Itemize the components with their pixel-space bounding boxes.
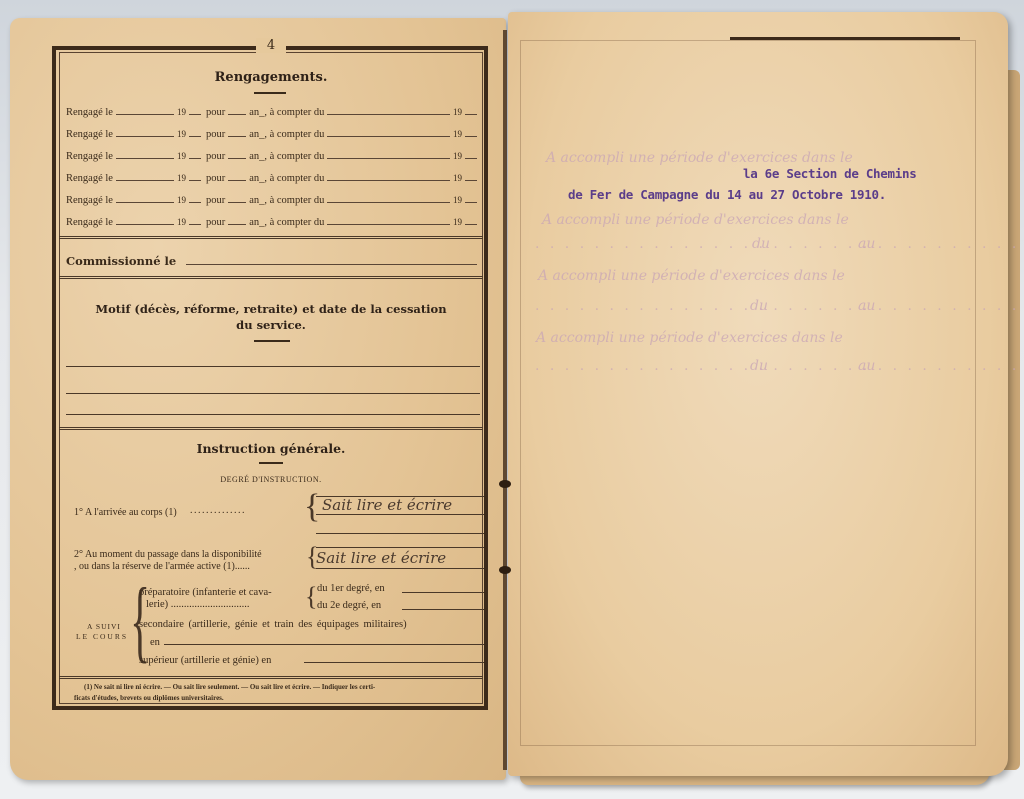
start-date-field[interactable] [327,194,450,203]
right-page-frame [520,40,976,746]
rule [316,547,484,548]
year-prefix: 19 [177,129,186,139]
degre2-field[interactable] [402,609,484,610]
year-prefix: 19 [453,129,462,139]
duration-field[interactable] [228,150,246,159]
item1-handwritten-value[interactable]: Sait lire et écrire [322,496,452,514]
degre1-label: du 1er degré, en [317,583,385,594]
ghost-handwriting: du [750,298,768,314]
title-rule [259,462,283,464]
year-prefix: 19 [177,173,186,183]
ghost-dots: . . . . . . . . . . . . . . . . . . . . … [535,358,1024,374]
rengage-label: Rengagé le [66,217,113,228]
instruction-title: Instruction générale. [59,441,483,456]
section-divider [59,276,483,279]
prep-line2: lerie) .............................. [146,599,250,610]
motif-field-line-3[interactable] [66,414,480,415]
pour-label: pour [206,195,225,206]
stamp-line1: la 6e Section de Chemins [743,166,916,181]
rule [316,568,484,569]
secondaire-field[interactable] [164,644,484,645]
rengage-label: Rengagé le [66,173,113,184]
year-prefix: 19 [453,151,462,161]
year-prefix: 19 [177,217,186,227]
year-field[interactable] [465,172,477,181]
item2-label-line2: , ou dans la réserve de l'armée active (… [74,561,250,572]
stamp-line2: de Fer de Campagne du 14 au 27 Octobre 1… [568,187,886,202]
cours-label-line2: LE COURS [68,632,136,641]
year-prefix: 19 [177,107,186,117]
stitch-mark [499,480,511,488]
commissionne-label: Commissionné le [66,254,176,268]
rengage-label: Rengagé le [66,107,113,118]
start-date-field[interactable] [327,216,450,225]
ghost-handwriting: au [858,298,875,314]
year-field[interactable] [189,128,201,137]
title-rule [254,340,290,342]
an-label: an_, à compter du [249,129,324,140]
pour-label: pour [206,107,225,118]
pour-label: pour [206,151,225,162]
year-prefix: 19 [177,195,186,205]
pour-label: pour [206,129,225,140]
commissionne-row: Commissionné le [66,254,480,268]
ghost-handwriting: au [858,236,875,252]
rengage-date-field[interactable] [116,106,174,115]
commissionne-field[interactable] [186,256,477,265]
year-prefix: 19 [453,107,462,117]
degre1-field[interactable] [402,592,484,593]
pour-label: pour [206,173,225,184]
year-prefix: 19 [453,195,462,205]
rengage-label: Rengagé le [66,151,113,162]
item1-label: 1° A l'arrivée au corps (1) [74,507,177,518]
duration-field[interactable] [228,172,246,181]
motif-title-line2: du service. [59,318,483,332]
year-field[interactable] [465,128,477,137]
rengagements-title: Rengagements. [59,70,483,85]
rengagement-row: Rengagé le19pouran_, à compter du19 [66,194,480,206]
rengagement-row: Rengagé le19pouran_, à compter du19 [66,216,480,228]
ghost-handwriting: A accompli une période d'exercices dans … [546,150,853,166]
start-date-field[interactable] [327,128,450,137]
start-date-field[interactable] [327,106,450,115]
item1-leader: .............. [190,505,246,516]
an-label: an_, à compter du [249,195,324,206]
duration-field[interactable] [228,106,246,115]
section-divider [59,676,483,679]
year-field[interactable] [465,106,477,115]
motif-title-line1: Motif (décès, réforme, retraite) et date… [59,302,483,316]
instruction-subtitle: DEGRÉ D'INSTRUCTION. [59,475,483,484]
ghost-handwriting: A accompli une période d'exercices dans … [538,268,845,284]
motif-field-line-2[interactable] [66,393,480,394]
year-field[interactable] [189,216,201,225]
year-field[interactable] [189,106,201,115]
year-prefix: 19 [453,173,462,183]
rengage-date-field[interactable] [116,172,174,181]
secondaire-en-label: en [150,637,160,648]
duration-field[interactable] [228,216,246,225]
year-prefix: 19 [177,151,186,161]
section-divider [59,236,483,239]
stitch-mark [499,566,511,574]
title-rule [254,92,286,94]
rengage-label: Rengagé le [66,195,113,206]
right-page-top-rule [730,37,960,40]
motif-field-line-1[interactable] [66,366,480,367]
rengage-label: Rengagé le [66,129,113,140]
item2-handwritten-value[interactable]: Sait lire et écrire [316,549,446,567]
degre2-label: du 2e degré, en [317,600,381,611]
year-prefix: 19 [453,217,462,227]
rengagement-row: Rengagé le19pouran_, à compter du19 [66,172,480,184]
rule [316,514,484,515]
brace-icon: { [305,584,317,610]
prep-line1: préparatoire (infanterie et cava- [139,587,272,598]
an-label: an_, à compter du [249,217,324,228]
book-spine [503,30,507,770]
rengagement-row: Rengagé le19pouran_, à compter du19 [66,128,480,140]
year-field[interactable] [189,172,201,181]
rengage-date-field[interactable] [116,216,174,225]
rengage-date-field[interactable] [116,150,174,159]
pour-label: pour [206,217,225,228]
ghost-dots: . . . . . . . . . . . . . . . . . . . . … [535,236,1024,252]
ghost-handwriting: du [750,358,768,374]
ghost-handwriting: du [752,236,770,252]
rengage-date-field[interactable] [116,194,174,203]
section-divider [59,427,483,430]
start-date-field[interactable] [327,172,450,181]
item2-label-line1: 2° Au moment du passage dans la disponib… [74,549,262,560]
superieur-field[interactable] [304,662,484,663]
duration-field[interactable] [228,128,246,137]
ghost-handwriting: au [858,358,875,374]
rule [316,533,484,534]
ghost-dots: . . . . . . . . . . . . . . . . . . . . … [535,298,1024,314]
an-label: an_, à compter du [249,151,324,162]
rengage-date-field[interactable] [116,128,174,137]
rengagement-row: Rengagé le19pouran_, à compter du19 [66,106,480,118]
cours-label-line1: A SUIVI [80,622,128,631]
ghost-handwriting: A accompli une période d'exercices dans … [536,330,843,346]
year-field[interactable] [465,216,477,225]
an-label: an_, à compter du [249,107,324,118]
ghost-handwriting: A accompli une période d'exercices dans … [542,212,849,228]
footnote-line2: ficats d'études, brevets ou diplômes uni… [74,694,224,702]
page-number: 4 [256,38,286,53]
secondaire-label: secondaire (artillerie, génie et train d… [139,619,407,630]
year-field[interactable] [465,150,477,159]
duration-field[interactable] [228,194,246,203]
an-label: an_, à compter du [249,173,324,184]
year-field[interactable] [189,194,201,203]
start-date-field[interactable] [327,150,450,159]
year-field[interactable] [189,150,201,159]
rengagement-row: Rengagé le19pouran_, à compter du19 [66,150,480,162]
year-field[interactable] [465,194,477,203]
footnote-line1: (1) Ne sait ni lire ni écrire. — Ou sait… [84,683,375,691]
superieur-label: supérieur (artillerie et génie) en [139,655,271,666]
